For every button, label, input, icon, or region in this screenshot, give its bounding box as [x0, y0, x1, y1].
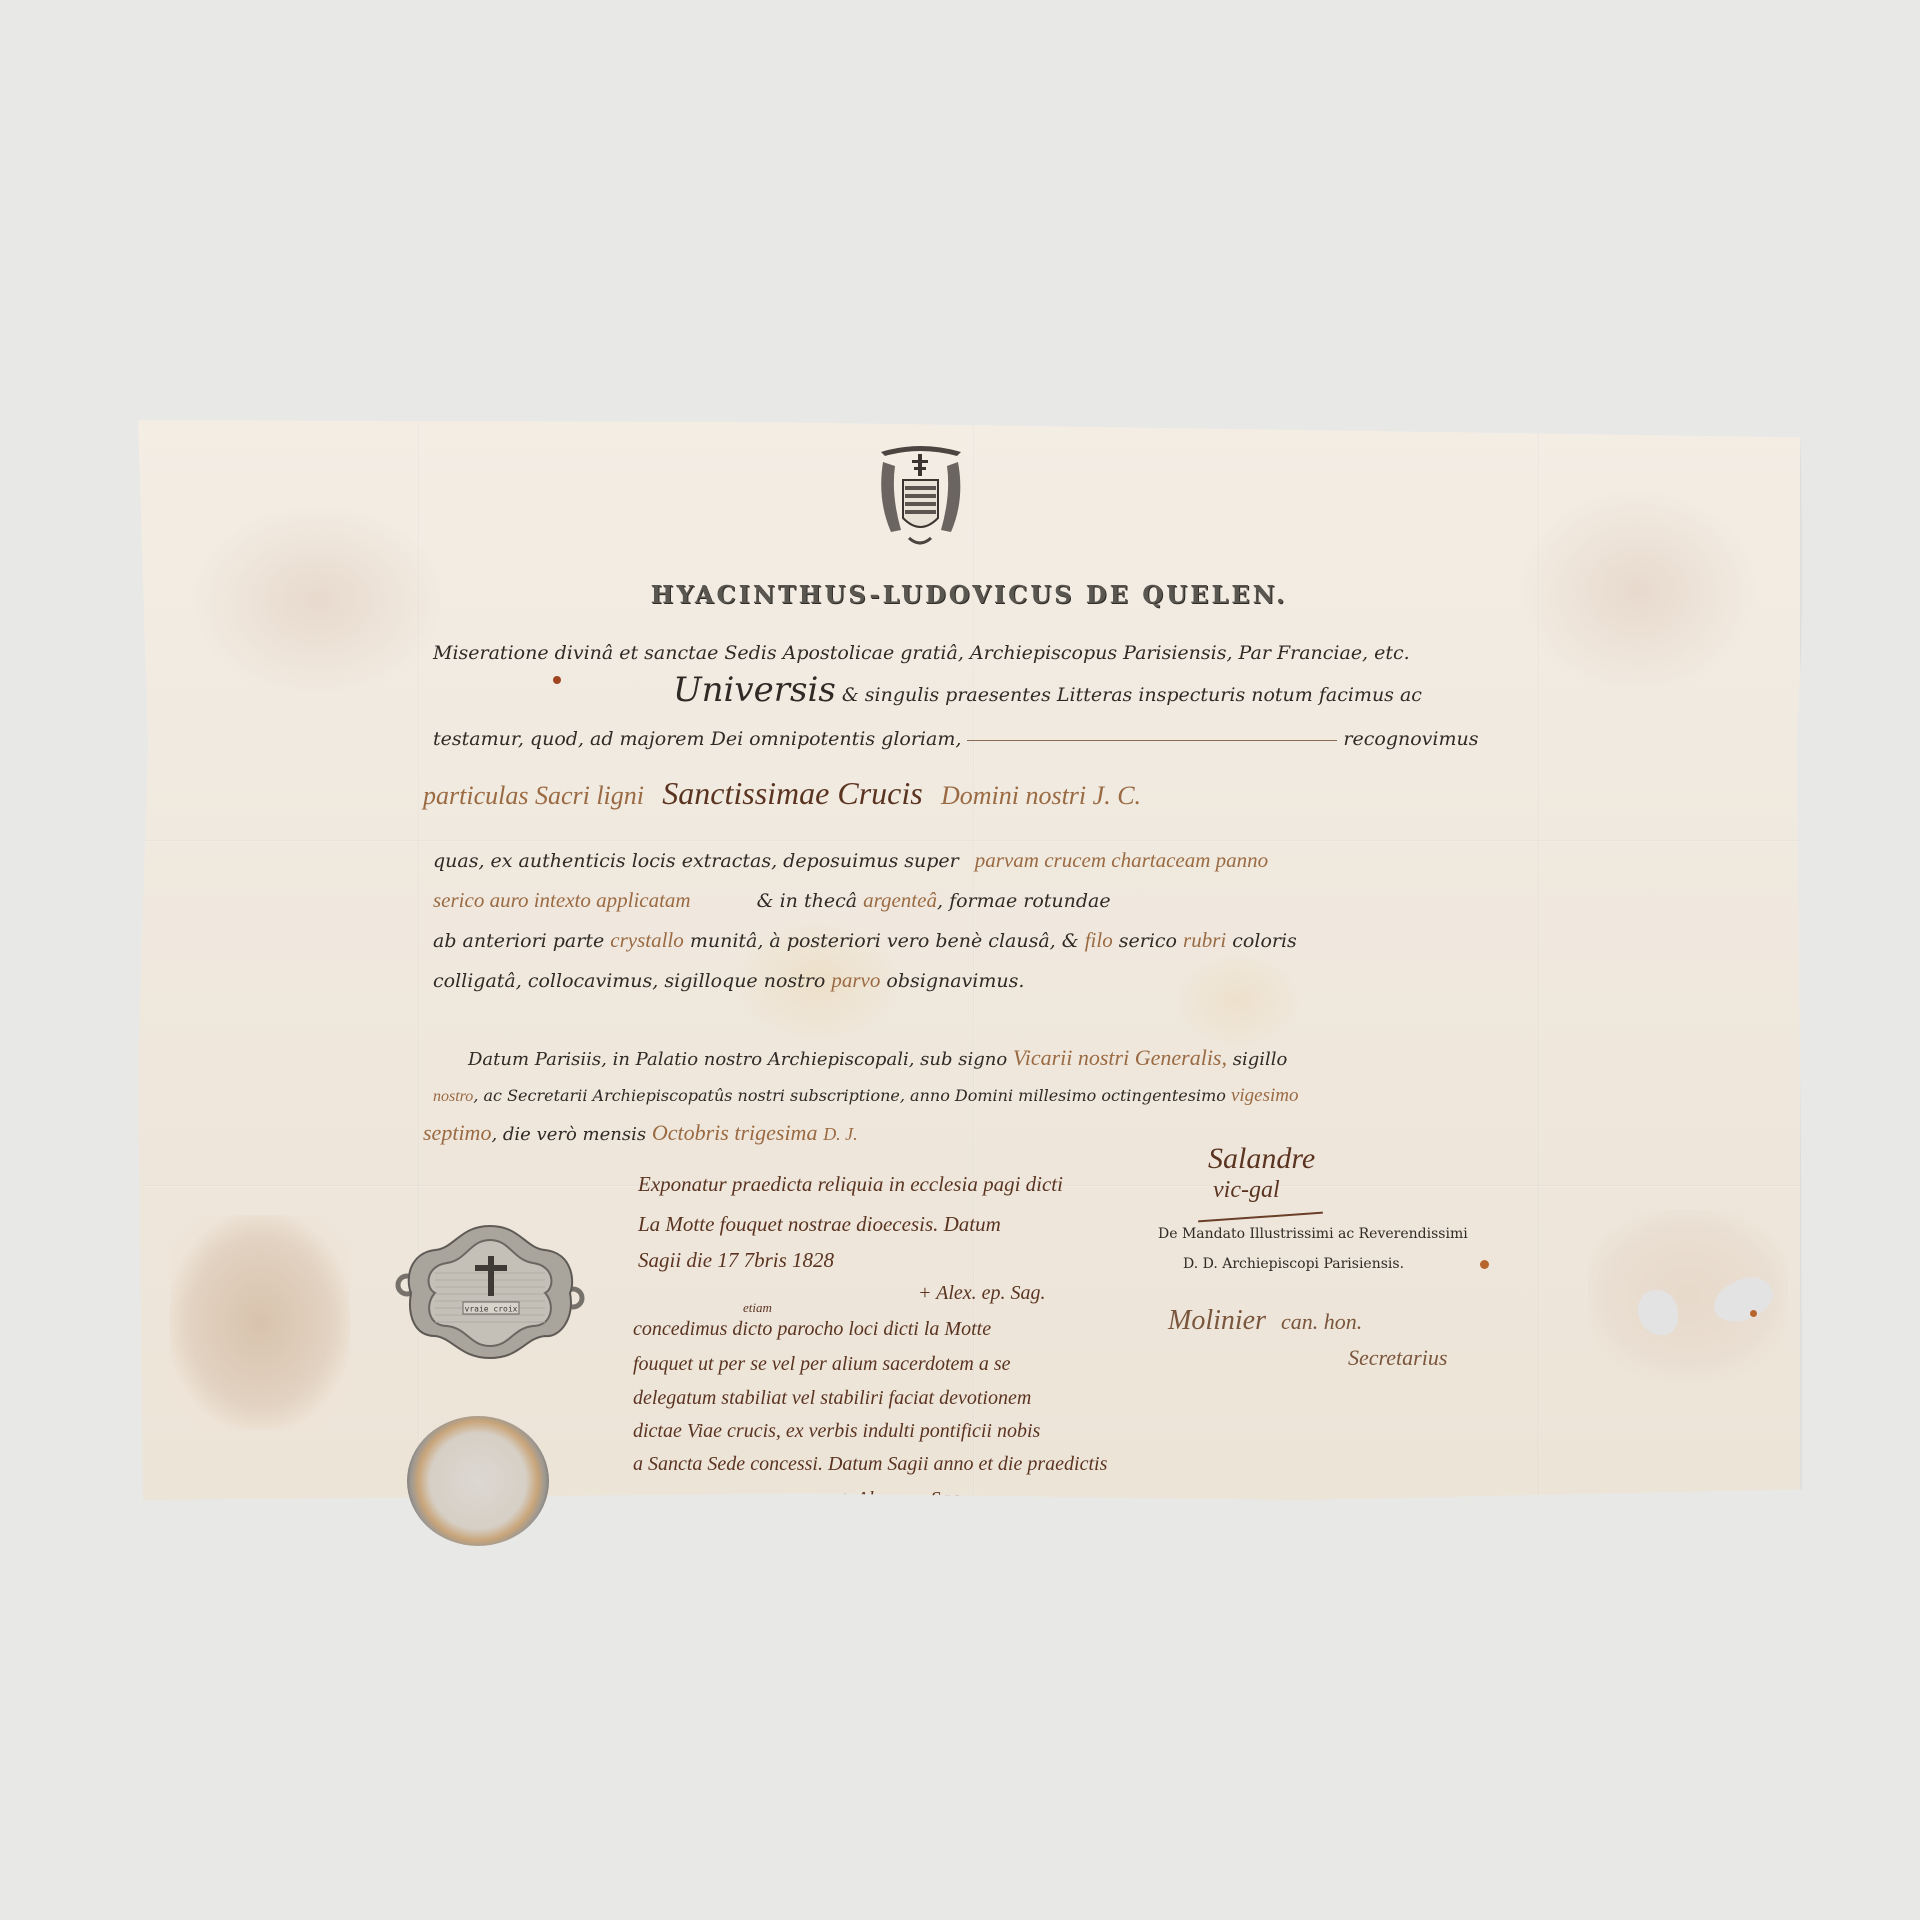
annotation-2-line-2: fouquet ut per se vel per alium sacerdot… [633, 1353, 1011, 1376]
reliquary-inscription: vraie croix [465, 1305, 518, 1314]
body-line-6: ab anteriori parte crystallo munitâ, à p… [433, 928, 1297, 953]
body-line-5: serico auro intexto applicatam & in thec… [433, 888, 1111, 913]
rust-spot [1480, 1260, 1489, 1269]
datum-line-1: Datum Parisiis, in Palatio nostro Archie… [468, 1045, 1287, 1071]
silver-reliquary: vraie croix [395, 1218, 585, 1363]
coat-of-arms-icon [873, 440, 968, 550]
reliquary-lid [407, 1416, 549, 1546]
mandate-line-1: De Mandato Illustrissimi ac Reverendissi… [1158, 1226, 1468, 1242]
datum-line-2: nostro, ac Secretarii Archiepiscopatûs n… [433, 1085, 1299, 1107]
signature-vicar-title: vic-gal [1213, 1177, 1280, 1204]
subtitle: Miseratione divinâ et sanctae Sedis Apos… [433, 642, 1410, 664]
annotation-2-superscript: etiam [743, 1300, 772, 1316]
annotation-2-signature: + Alex. ep. Sag. [838, 1488, 966, 1511]
annotation-2-line-1: concedimus dicto parocho loci dicti la M… [633, 1318, 991, 1341]
document-title: HYACINTHUS-LUDOVICUS DE QUELEN. [138, 580, 1800, 609]
annotation-1-signature: + Alex. ep. Sag. [918, 1282, 1046, 1305]
signature-secretary: Molinier can. hon. [1168, 1305, 1362, 1337]
fold-crease [138, 840, 1800, 842]
body-line-7: colligatâ, collocavimus, sigilloque nost… [433, 968, 1024, 993]
signature-secretary-role: Secretarius [1348, 1345, 1447, 1371]
mandate-line-2: D. D. Archiepiscopi Parisiensis. [1183, 1256, 1404, 1272]
paper-seal-left [170, 1215, 350, 1430]
document-paper: HYACINTHUS-LUDOVICUS DE QUELEN. Miserati… [138, 420, 1800, 1500]
rust-spot [553, 676, 561, 684]
initial-word: Universis [673, 670, 836, 710]
datum-line-3: septimo, die verò mensis Octobris triges… [423, 1120, 858, 1146]
annotation-2-line-5: a Sancta Sede concessi. Datum Sagii anno… [633, 1453, 1107, 1476]
body-line-2: testamur, quod, ad majorem Dei omnipoten… [433, 728, 1478, 750]
rust-spot [1750, 1310, 1757, 1317]
annotation-2-line-3: delegatum stabiliat vel stabiliri faciat… [633, 1387, 1031, 1410]
paper-hole [1638, 1290, 1678, 1335]
signature-vicar: Salandre [1208, 1142, 1315, 1176]
cross-icon [488, 1256, 494, 1296]
blank-rule [967, 740, 1337, 741]
body-line-3: particulas Sacri ligni Sanctissimae Cruc… [423, 775, 1141, 812]
annotation-1-line-3: Sagii die 17 7bris 1828 [638, 1248, 834, 1273]
paper-hole [1707, 1268, 1779, 1333]
body-line-4: quas, ex authenticis locis extractas, de… [433, 848, 1268, 873]
body-line-1: Universis & singulis praesentes Litteras… [673, 670, 1422, 710]
annotation-2-line-4: dictae Viae crucis, ex verbis indulti po… [633, 1420, 1040, 1443]
annotation-1-line-1: Exponatur praedicta reliquia in ecclesia… [638, 1172, 1063, 1197]
paper-seal-right [1588, 1210, 1788, 1380]
signature-flourish [1198, 1212, 1323, 1223]
annotation-1-line-2: La Motte fouquet nostrae dioecesis. Datu… [638, 1212, 1001, 1237]
